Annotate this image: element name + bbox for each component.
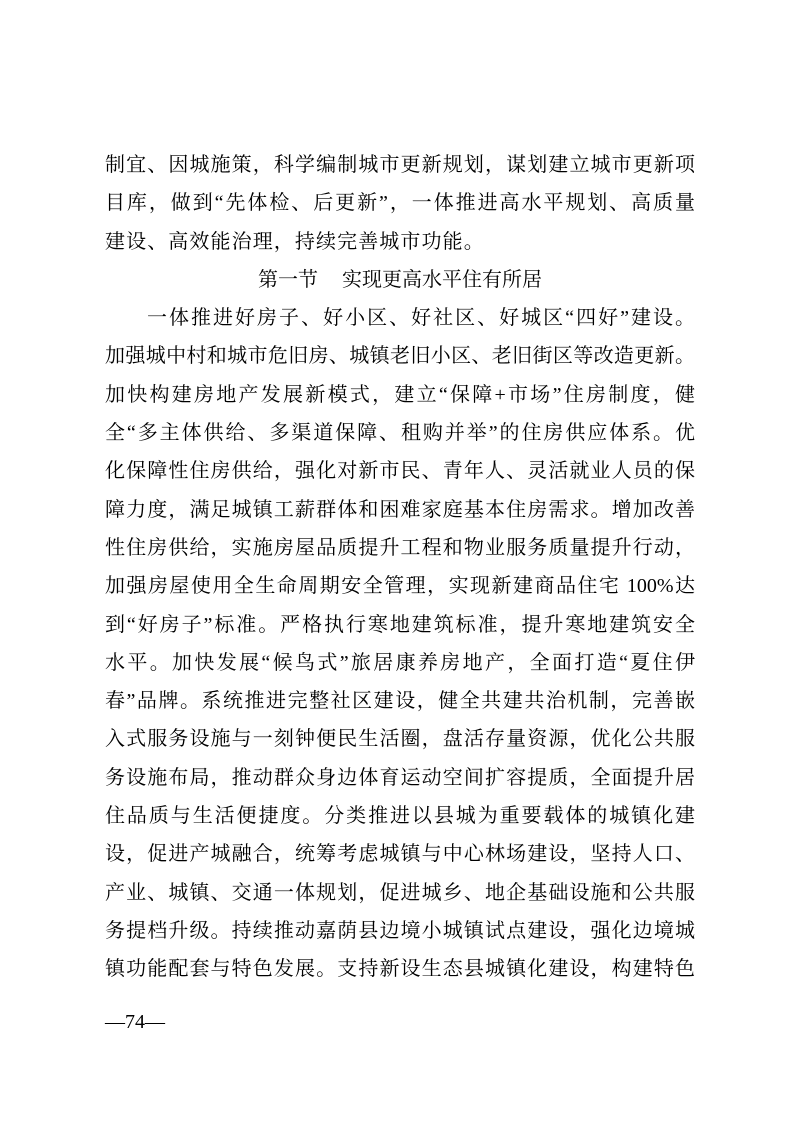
body-text-line: 目库，做到“先体检、后更新”，一体推进高水平规划、高质量 [105,184,695,222]
section-heading: 第一节实现更高水平住有所居 [105,261,695,299]
body-text-line: 障力度，满足城镇工薪群体和困难家庭基本住房需求。增加改善 [105,491,695,529]
section-heading-title: 实现更高水平住有所居 [342,269,542,291]
body-text-line: 住品质与生活便捷度。分类推进以县城为重要载体的城镇化建 [105,797,695,835]
document-page: 制宜、因城施策，科学编制城市更新规划，谋划建立城市更新项 目库，做到“先体检、后… [0,0,793,1122]
body-text-line: 镇功能配套与特色发展。支持新设生态县城镇化建设，构建特色 [105,950,695,988]
body-text-line: 务提档升级。持续推动嘉荫县边境小城镇试点建设，强化边境城 [105,912,695,950]
body-text-line: 入式服务设施与一刻钟便民生活圈，盘活存量资源，优化公共服 [105,720,695,758]
body-text-line: 性住房供给，实施房屋品质提升工程和物业服务质量提升行动， [105,529,695,567]
body-text-line: 春”品牌。系统推进完整社区建设，健全共建共治机制，完善嵌 [105,682,695,720]
body-text-line: 建设、高效能治理，持续完善城市功能。 [105,223,695,261]
body-text-line: 产业、城镇、交通一体规划，促进城乡、地企基础设施和公共服 [105,874,695,912]
page-number: —74— [105,1010,165,1034]
body-text-line: 水平。加快发展“候鸟式”旅居康养房地产，全面打造“夏住伊 [105,644,695,682]
body-text-line: 一体推进好房子、好小区、好社区、好城区“四好”建设。 [105,299,695,337]
body-text-line: 化保障性住房供给，强化对新市民、青年人、灵活就业人员的保 [105,452,695,490]
body-text-line: 务设施布局，推动群众身边体育运动空间扩容提质，全面提升居 [105,759,695,797]
body-text-line: 加快构建房地产发展新模式，建立“保障+市场”住房制度，健 [105,376,695,414]
body-text-line: 全“多主体供给、多渠道保障、租购并举”的住房供应体系。优 [105,414,695,452]
body-text-line: 加强城中村和城市危旧房、城镇老旧小区、老旧街区等改造更新。 [105,337,695,375]
body-text-line: 设，促进产城融合，统筹考虑城镇与中心林场建设，坚持人口、 [105,835,695,873]
body-text: 制宜、因城施策，科学编制城市更新规划，谋划建立城市更新项 目库，做到“先体检、后… [105,146,695,989]
section-heading-number: 第一节 [258,269,318,291]
body-text-line: 加强房屋使用全生命周期安全管理，实现新建商品住宅 100%达 [105,567,695,605]
body-text-line: 制宜、因城施策，科学编制城市更新规划，谋划建立城市更新项 [105,146,695,184]
body-text-line: 到“好房子”标准。严格执行寒地建筑标准，提升寒地建筑安全 [105,606,695,644]
